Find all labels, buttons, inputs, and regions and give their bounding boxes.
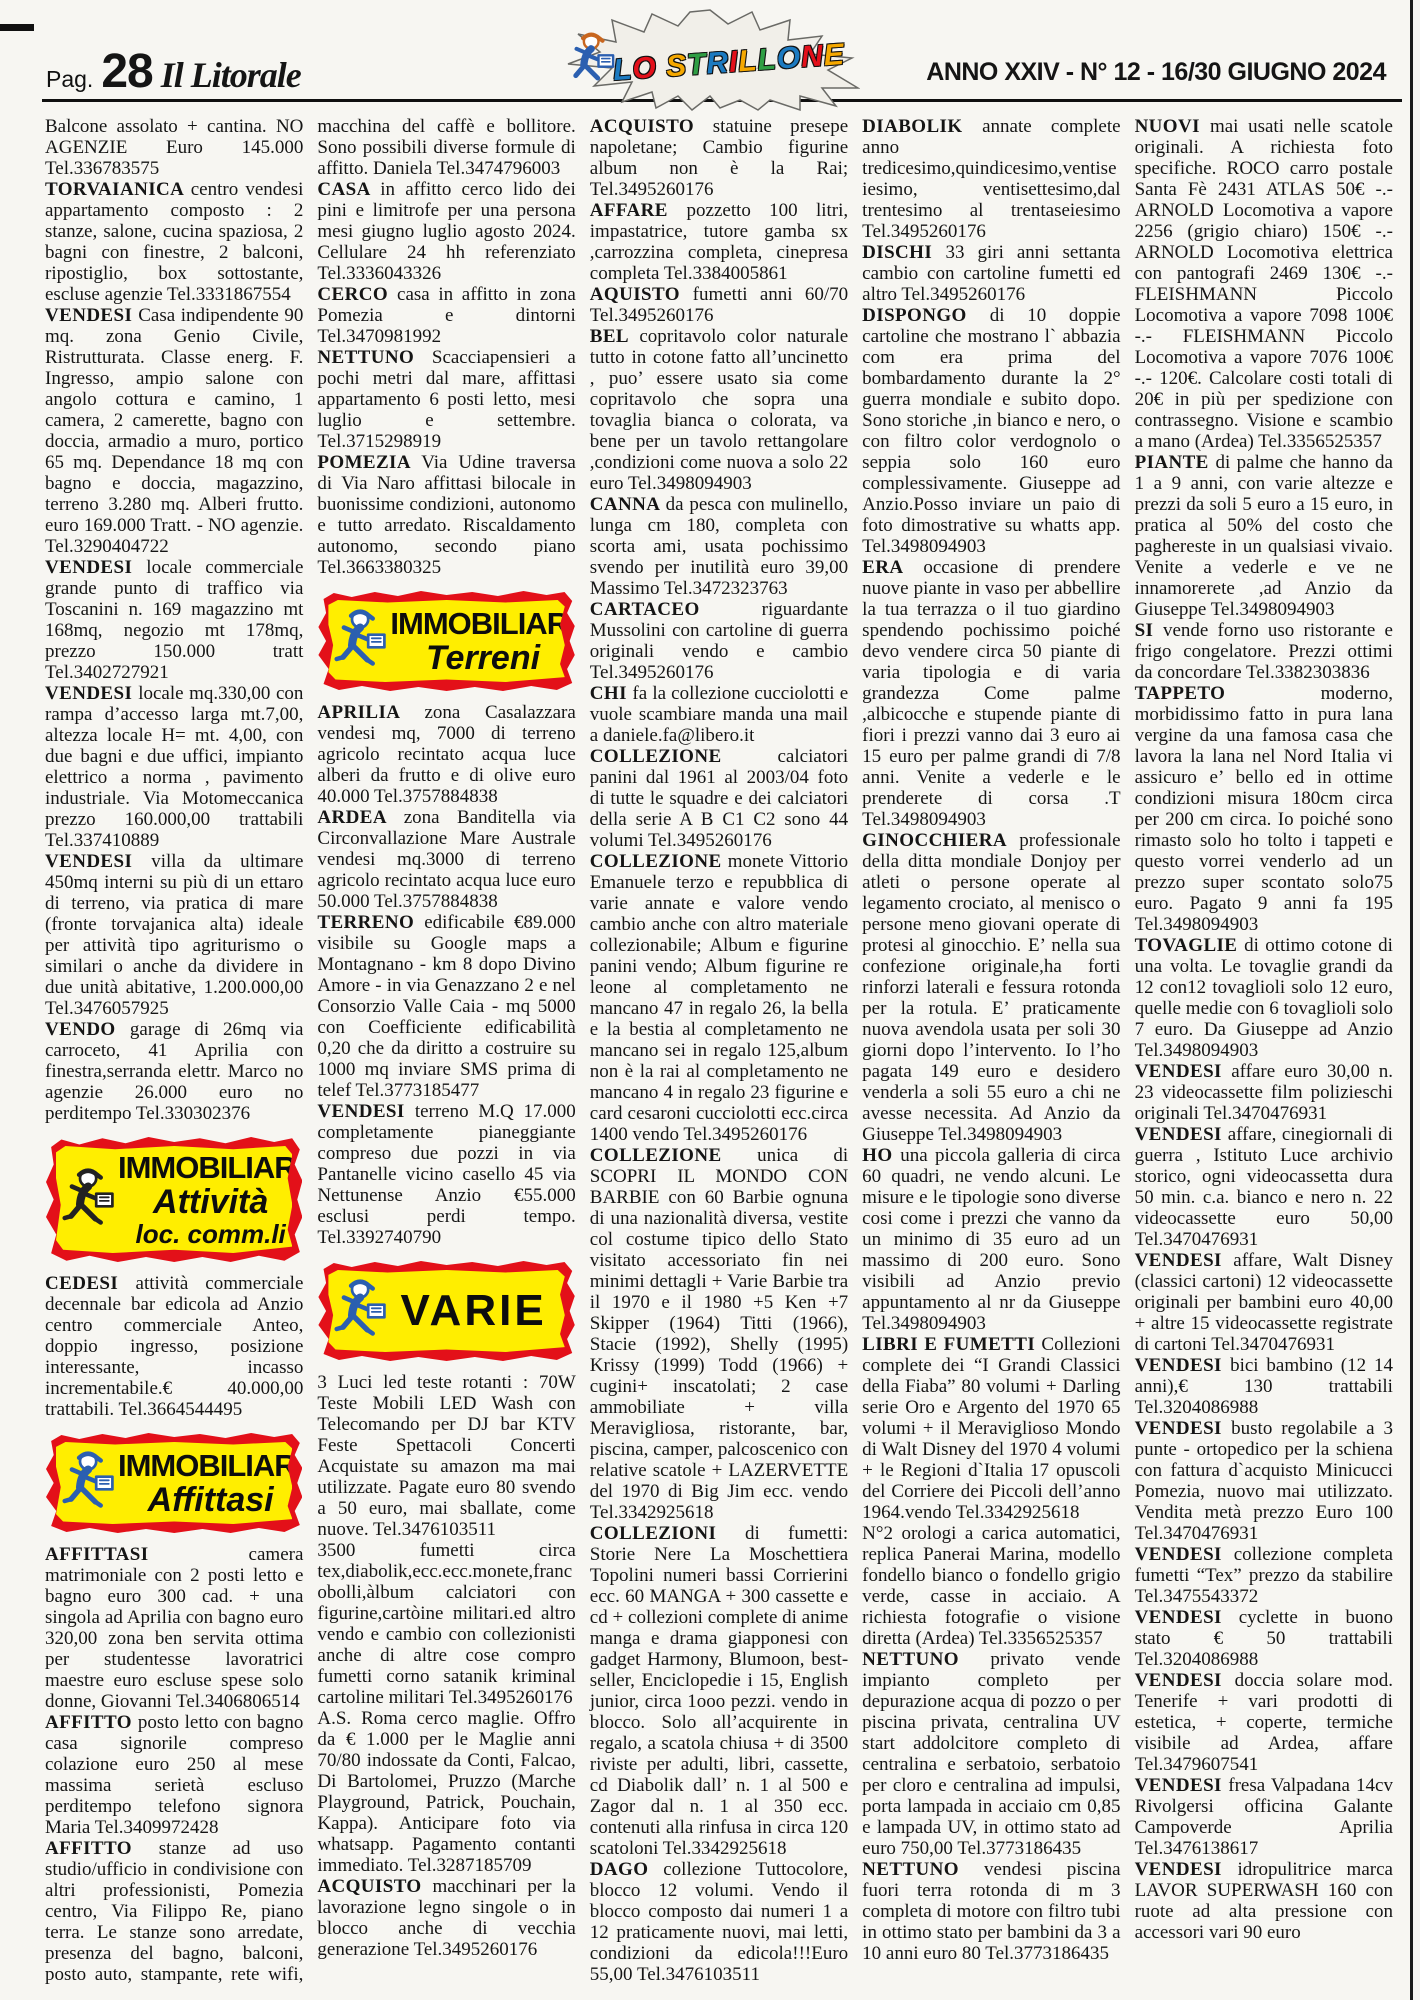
classified-ad: A.S. Roma cerco maglie. Offro da € 1.000… xyxy=(317,1708,575,1876)
classified-ad: VENDESI Casa indipendente 90 mq. zona Ge… xyxy=(45,305,303,557)
classified-ad: GINOCCHIERA professionale della ditta mo… xyxy=(862,830,1120,1145)
classified-ad: N°2 orologi a carica automatici, replica… xyxy=(862,1523,1120,1649)
masthead-logo: LO STRILLONE xyxy=(560,8,860,112)
newspaper-page: Pag. 28 Il Litorale LO STRILLONE xyxy=(0,0,1420,2000)
ad-lead: VENDESI xyxy=(1135,1124,1228,1145)
classified-ad: VENDESI bici bambino (12 14 anni),€ 130 … xyxy=(1135,1355,1393,1418)
ad-lead: COLLEZIONE xyxy=(590,851,728,872)
classified-ad: ACQUISTO statuine presepe napoletane; Ca… xyxy=(590,116,848,200)
classified-ad: VENDO garage di 26mq via carroceto, 41 A… xyxy=(45,1019,303,1124)
ad-lead: VENDESI xyxy=(45,305,138,326)
banner-line: Affittasi xyxy=(118,1482,303,1518)
ad-lead: VENDESI xyxy=(1135,1544,1234,1565)
classified-ad: VENDESI doccia solare mod. Tenerife + va… xyxy=(1135,1670,1393,1775)
classified-ad: 3 Luci led teste rotanti : 70W Teste Mob… xyxy=(317,1372,575,1540)
ad-lead: VENDESI xyxy=(317,1101,414,1122)
ad-lead: LIBRI E FUMETTI xyxy=(862,1334,1041,1355)
ad-lead: HO xyxy=(862,1145,900,1166)
classified-ad: 3500 fumetti circa tex,diabolik,ecc.ecc.… xyxy=(317,1540,575,1708)
logo-letter: L xyxy=(756,43,778,77)
ad-lead: NETTUNO xyxy=(862,1649,990,1670)
paper-name: Il Litorale xyxy=(161,54,301,96)
ad-lead: TAPPETO xyxy=(1135,683,1321,704)
ad-lead: AFFITTO xyxy=(45,1712,138,1733)
ad-lead: VENDESI xyxy=(45,557,146,578)
ad-lead: VENDESI xyxy=(1135,1355,1231,1376)
banner-text: IMMOBILIARIAttivitàloc. comm.li xyxy=(118,1151,303,1248)
ad-lead: VENDESI xyxy=(1135,1418,1232,1439)
classified-ad: DIABOLIK annate complete anno tredicesim… xyxy=(862,116,1120,242)
classified-ad: COLLEZIONE monete Vittorio Emanuele terz… xyxy=(590,851,848,1145)
ad-lead: ARDEA xyxy=(317,807,403,828)
banner-line: VARIE xyxy=(390,1275,556,1347)
logo-letter: N xyxy=(800,39,825,74)
ad-lead: CEDESI xyxy=(45,1273,136,1294)
ad-lead: BEL xyxy=(590,326,640,347)
ad-lead: CARTACEO xyxy=(590,599,762,620)
classified-ad: CEDESI attività commerciale decennale ba… xyxy=(45,1273,303,1420)
classified-ad: POMEZIA Via Udine traversa di Via Naro a… xyxy=(317,452,575,578)
ad-lead: NUOVI xyxy=(1135,116,1210,137)
ad-lead: DISCHI xyxy=(862,242,945,263)
section-banner-varie: VARIE xyxy=(318,1261,574,1361)
classified-ad: AFFITTO posto letto con bagno casa signo… xyxy=(45,1712,303,1838)
classified-ad: COLLEZIONI di fumetti: Storie Nere La Mo… xyxy=(590,1523,848,1859)
ad-lead: AFFITTO xyxy=(45,1838,159,1859)
ad-lead: VENDO xyxy=(45,1019,130,1040)
classified-ad: VENDESI locale commerciale grande punto … xyxy=(45,557,303,683)
classified-ad: ACQUISTO macchinari per la lavorazione l… xyxy=(317,1876,575,1960)
banner-text: IMMOBILIARITerreni xyxy=(390,607,575,676)
ad-lead: COLLEZIONI xyxy=(590,1523,745,1544)
page-scan-edge xyxy=(1410,0,1413,2000)
classified-ad: TOVAGLIE di ottimo cotone di una volta. … xyxy=(1135,935,1393,1061)
banner-inner: IMMOBILIARIAffittasi xyxy=(56,1442,292,1524)
ad-lead: COLLEZIONE xyxy=(590,1145,757,1166)
ad-lead: DAGO xyxy=(590,1859,663,1880)
classified-ad: COLLEZIONE calciatori panini dal 1961 al… xyxy=(590,746,848,851)
banner-line: IMMOBILIARI xyxy=(118,1449,303,1482)
ad-lead: ACQUISTO xyxy=(317,1876,432,1897)
classified-ad: HO una piccola galleria di circa 60 quad… xyxy=(862,1145,1120,1334)
ad-lead: VENDESI xyxy=(45,851,151,872)
section-banner-immobiliari-attivit-loc-comm-li: IMMOBILIARIAttivitàloc. comm.li xyxy=(46,1137,302,1262)
ad-lead: DISPONGO xyxy=(862,305,990,326)
banner-line: Attività xyxy=(118,1184,303,1220)
issue-info: ANNO XXIV - N° 12 - 16/30 GIUGNO 2024 xyxy=(926,58,1386,87)
classified-ad: DISPONGO di 10 doppie cartoline che most… xyxy=(862,305,1120,557)
ad-lead: PIANTE xyxy=(1135,452,1216,473)
ad-lead: VENDESI xyxy=(1135,1061,1232,1082)
ad-lead: AFFARE xyxy=(590,200,687,221)
newsboy-icon xyxy=(332,1275,390,1347)
classified-ad: VENDESI affare, Walt Disney (classici ca… xyxy=(1135,1250,1393,1355)
banner-line: IMMOBILIARI xyxy=(118,1151,303,1184)
section-banner-immobiliari-terreni: IMMOBILIARITerreni xyxy=(318,591,574,691)
page-number: 28 xyxy=(101,44,152,99)
classified-ad: AFFITTASI camera matrimoniale con 2 post… xyxy=(45,1544,303,1712)
classified-ad: VENDESI affare, cinegiornali di guerra ,… xyxy=(1135,1124,1393,1250)
logo-letter: L xyxy=(612,53,634,87)
classified-ad: TORVAIANICA centro vendesi appartamento … xyxy=(45,179,303,305)
classified-ad: BEL copritavolo color naturale tutto in … xyxy=(590,326,848,494)
logo-letter: S xyxy=(665,49,688,83)
ad-lead: CASA xyxy=(317,179,380,200)
classified-ad: VENDESI villa da ultimare 450mq interni … xyxy=(45,851,303,1019)
ad-lead: TORVAIANICA xyxy=(45,179,191,200)
classified-ad: CASA in affitto cerco lido dei pini e li… xyxy=(317,179,575,284)
ad-lead: CERCO xyxy=(317,284,397,305)
ad-lead: VENDESI xyxy=(45,683,138,704)
classified-ad: DAGO collezione Tuttocolore, blocco 12 v… xyxy=(590,1859,848,1985)
banner-inner: IMMOBILIARITerreni xyxy=(328,600,564,682)
classified-ad: TAPPETO moderno, morbidissimo fatto in p… xyxy=(1135,683,1393,935)
classified-ad: CHI fa la collezione cucciolotti e vuole… xyxy=(590,683,848,746)
classified-ad: NETTUNO privato vende impianto completo … xyxy=(862,1649,1120,1859)
ad-lead: NETTUNO xyxy=(317,347,431,368)
classified-ad: VENDESI collezione completa fumetti “Tex… xyxy=(1135,1544,1393,1607)
classified-ad: SI vende forno uso ristorante e frigo co… xyxy=(1135,620,1393,683)
logo-letter: L xyxy=(737,44,759,78)
classified-ad: CANNA da pesca con mulinello, lunga cm 1… xyxy=(590,494,848,599)
ad-lead: DIABOLIK xyxy=(862,116,982,137)
classified-ad: DISCHI 33 giri anni settanta cambio con … xyxy=(862,242,1120,305)
newsboy-icon xyxy=(60,1447,118,1519)
ad-lead: COLLEZIONE xyxy=(590,746,778,767)
logo-letter: R xyxy=(705,46,730,81)
page-label: Pag. xyxy=(46,66,93,93)
classified-ad: PIANTE di palme che hanno da 1 a 9 anni,… xyxy=(1135,452,1393,620)
classified-ad: VENDESI affare euro 30,00 n. 23 videocas… xyxy=(1135,1061,1393,1124)
ad-lead: VENDESI xyxy=(1135,1607,1239,1628)
ad-lead: VENDESI xyxy=(1135,1775,1229,1796)
classified-ad: AQUISTO fumetti anni 60/70 Tel.349526017… xyxy=(590,284,848,326)
classified-ad: TERRENO edificabile €89.000 visibile su … xyxy=(317,912,575,1101)
classified-ad: CERCO casa in affitto in zona Pomezia e … xyxy=(317,284,575,347)
logo-letter: O xyxy=(631,51,658,86)
page-header: Pag. 28 Il Litorale LO STRILLONE xyxy=(0,0,1420,114)
banner-line: Terreni xyxy=(390,640,575,676)
ad-lead: GINOCCHIERA xyxy=(862,830,1019,851)
classified-ad: VENDESI fresa Valpadana 14cv Rivolgersi … xyxy=(1135,1775,1393,1859)
ad-lead: VENDESI xyxy=(1135,1670,1235,1691)
ad-lead: POMEZIA xyxy=(317,452,421,473)
classified-ad: CARTACEO riguardante Mussolini con carto… xyxy=(590,599,848,683)
ad-lead: VENDESI xyxy=(1135,1859,1238,1880)
ad-lead: AQUISTO xyxy=(590,284,693,305)
classified-ad: NETTUNO Scacciapensieri a pochi metri da… xyxy=(317,347,575,452)
classified-ad: VENDESI busto regolabile a 3 punte - ort… xyxy=(1135,1418,1393,1544)
ad-lead: AFFITTASI xyxy=(45,1544,249,1565)
classified-ad: VENDESI cyclette in buono stato € 50 tra… xyxy=(1135,1607,1393,1670)
classified-ad: Balcone assolato + cantina. NO AGENZIE E… xyxy=(45,116,303,179)
banner-line: IMMOBILIARI xyxy=(390,607,575,640)
classified-ad: APRILIA zona Casalazzara vendesi mq, 700… xyxy=(317,702,575,807)
classified-ad: ARDEA zona Banditella via Circonvallazio… xyxy=(317,807,575,912)
classified-ad: VENDESI idropulitrice marca LAVOR SUPERW… xyxy=(1135,1859,1393,1943)
banner-inner: IMMOBILIARIAttivitàloc. comm.li xyxy=(56,1146,292,1253)
classified-ad: NUOVI mai usati nelle scatole originali.… xyxy=(1135,116,1393,452)
page-number-block: Pag. 28 Il Litorale xyxy=(46,44,301,99)
newsboy-icon xyxy=(60,1164,118,1236)
ad-lead: APRILIA xyxy=(317,702,424,723)
ad-lead: NETTUNO xyxy=(862,1859,984,1880)
ad-lead: CHI xyxy=(590,683,633,704)
classified-ad: VENDESI locale mq.330,00 con rampa d’acc… xyxy=(45,683,303,851)
ad-lead: SI xyxy=(1135,620,1163,641)
classified-ad: NETTUNO vendesi piscina fuori terra roto… xyxy=(862,1859,1120,1964)
logo-letter: E xyxy=(823,38,846,72)
classified-ad: COLLEZIONE unica di SCOPRI IL MONDO CON … xyxy=(590,1145,848,1523)
classified-ad: LIBRI E FUMETTI Collezioni complete dei … xyxy=(862,1334,1120,1523)
classifieds-columns: Balcone assolato + cantina. NO AGENZIE E… xyxy=(45,116,1393,1986)
ad-lead: VENDESI xyxy=(1135,1250,1234,1271)
ad-lead: ERA xyxy=(862,557,923,578)
ad-lead: TERRENO xyxy=(317,912,424,933)
classified-ad: VENDESI terreno M.Q 17.000 completamente… xyxy=(317,1101,575,1248)
banner-inner: VARIE xyxy=(328,1270,564,1352)
ad-lead: TOVAGLIE xyxy=(1135,935,1245,956)
logo-letter: O xyxy=(776,41,803,76)
classified-ad: AFFARE pozzetto 100 litri, impastatrice,… xyxy=(590,200,848,284)
banner-text: IMMOBILIARIAffittasi xyxy=(118,1449,303,1518)
classified-ad: ERA occasione di prendere nuove piante i… xyxy=(862,557,1120,830)
newsboy-icon xyxy=(332,605,390,677)
ad-lead: CANNA xyxy=(590,494,666,515)
banner-line: loc. comm.li xyxy=(118,1220,303,1248)
banner-text: VARIE xyxy=(390,1275,556,1347)
section-banner-immobiliari-affittasi: IMMOBILIARIAffittasi xyxy=(46,1433,302,1533)
ad-lead: ACQUISTO xyxy=(590,116,713,137)
